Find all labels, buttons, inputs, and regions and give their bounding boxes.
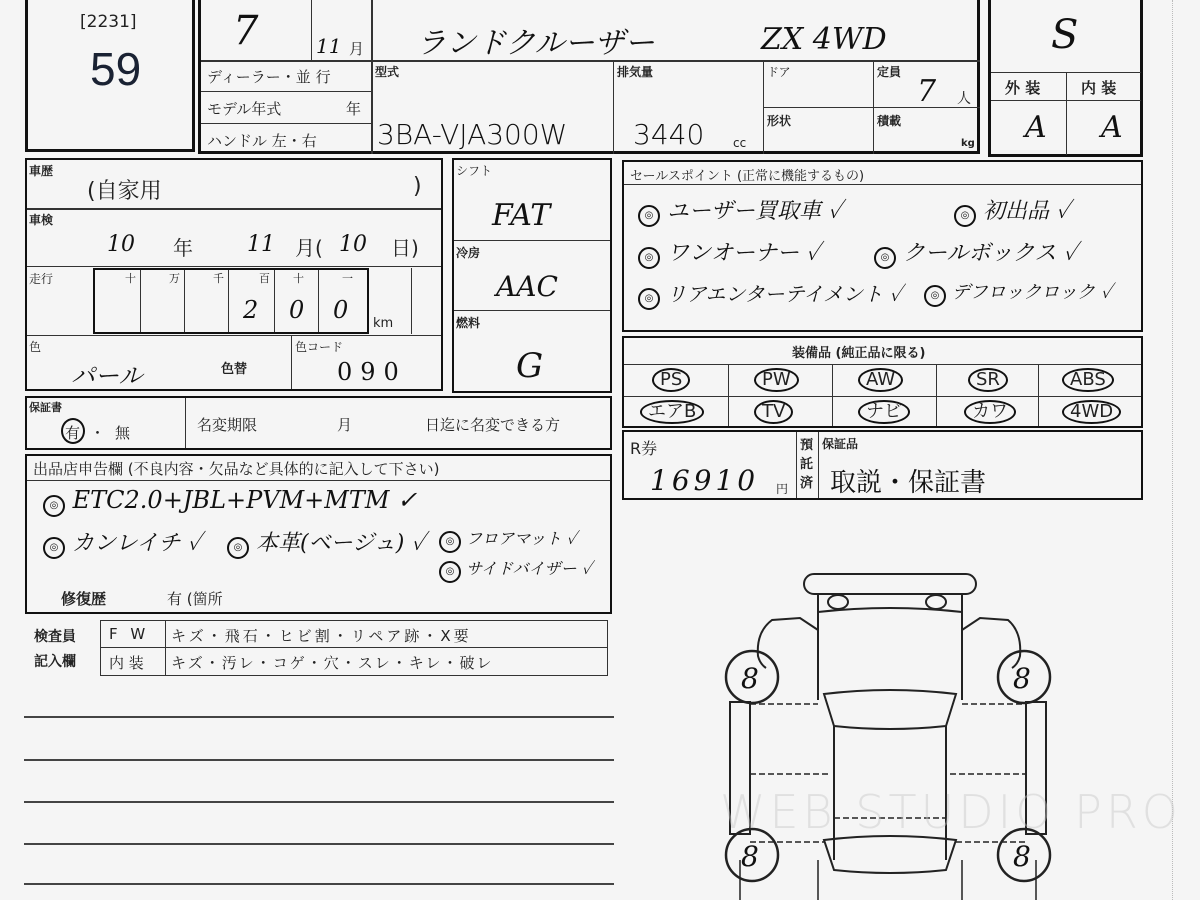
shift-value: FAT xyxy=(492,198,550,233)
equip-navi: ナビ xyxy=(858,400,910,424)
inspection-day: 10 xyxy=(339,232,367,257)
int-terms: キズ・汚レ・コゲ・穴・スレ・キレ・破レ xyxy=(171,652,494,673)
vehicle-history-box: 車歴 (自家用 ) 車検 10 年 11 月( 10 日) 走行 十 万 千 百… xyxy=(25,158,443,391)
vehicle-header: 7 11 月 ランドクルーザー ZX 4WD ディーラー・並 行 モデル年式 年… xyxy=(198,0,980,154)
right-edge-line xyxy=(1172,0,1173,900)
equip-pw: PW xyxy=(754,368,799,392)
fuel-value: G xyxy=(516,346,543,386)
sales-point-item: ◎ リアエンターテイメント ✓ xyxy=(638,278,902,310)
interior-label: 内 装 xyxy=(1081,77,1116,98)
sales-point-item: ◎ デフロックロック ✓ xyxy=(924,278,1112,307)
grade-box: S 外 装 内 装 A A xyxy=(988,0,1143,157)
door-label: ドア xyxy=(767,63,791,80)
usage-label: 車歴 xyxy=(29,162,53,179)
aircon-label: 冷房 xyxy=(456,244,480,261)
sales-point-item: ◎ ワンオーナー ✓ xyxy=(638,236,820,269)
model-year-label: モデル年式 xyxy=(207,98,281,119)
load-unit: kg xyxy=(961,138,975,149)
documents-label: 保証品 xyxy=(822,435,858,452)
displacement-label: 排気量 xyxy=(617,63,653,80)
dealer-label: ディーラー・並 行 xyxy=(207,66,331,87)
inspector-label-top: 検査員 xyxy=(34,626,76,646)
lot-box: [2231] 59 xyxy=(25,0,195,152)
warranty-box: 保証書 有・無 名変期限 月 日迄に名変できる方 xyxy=(25,396,612,450)
type-value: 3BA-VJA300W xyxy=(377,118,567,151)
equip-tv: TV xyxy=(754,400,793,424)
mileage-label: 走行 xyxy=(29,270,53,287)
sales-point-item: ◎ ユーザー買取車 ✓ xyxy=(638,194,842,227)
seller-note-line: ◎ フロアマット ✓ xyxy=(439,526,577,553)
month-value: 11 xyxy=(316,34,341,58)
equip-aw: AW xyxy=(858,368,903,392)
blank-line xyxy=(24,883,614,885)
watermark: WEB STUDIO PRO xyxy=(720,785,1182,839)
seller-note-line: ◎ 本革(ベージュ) ✓ xyxy=(227,526,425,559)
repair-history-label: 修復歴 xyxy=(61,588,106,609)
documents-value: 取説・保証書 xyxy=(830,462,986,499)
odometer-grid: 十 万 千 百2 十0 一0 xyxy=(93,268,369,334)
capacity-unit: 人 xyxy=(957,88,971,108)
capacity-label: 定員 xyxy=(877,63,901,80)
name-change-note: 日迄に名変できる方 xyxy=(425,414,560,435)
sales-points-box: セールスポイント (正常に機能するもの) ◎ ユーザー買取車 ✓ ◎ 初出品 ✓… xyxy=(622,160,1143,332)
interior-grade: A xyxy=(1101,110,1123,145)
deposit-label: 預託済 xyxy=(800,436,814,493)
sales-points-title: セールスポイント (正常に機能するもの) xyxy=(630,165,864,184)
inspection-label: 車検 xyxy=(29,211,53,228)
aircon-value: AAC xyxy=(496,270,558,303)
sales-point-item: ◎ 初出品 ✓ xyxy=(954,194,1070,227)
fw-terms: キズ・飛石・ヒビ割・リペア跡・X要 xyxy=(171,625,472,646)
equip-sr: SR xyxy=(968,368,1008,392)
grade-value: ZX 4WD xyxy=(761,22,887,57)
exterior-label: 外 装 xyxy=(1005,77,1040,98)
blank-line xyxy=(24,759,614,761)
displacement-value: 3440 xyxy=(633,118,704,151)
recycle-unit: 円 xyxy=(776,480,788,497)
capacity-value: 7 xyxy=(917,74,936,109)
tire-front-right: 8 xyxy=(1013,662,1031,695)
fuel-label: 燃料 xyxy=(456,314,480,331)
blank-line xyxy=(24,716,614,718)
month-unit: 月 xyxy=(349,38,364,59)
warranty-label: 保証書 xyxy=(29,399,62,415)
seller-notes-title: 出品店申告欄 (不良内容・欠品など具体的に記入して下さい) xyxy=(33,458,439,479)
tire-front-left: 8 xyxy=(741,662,759,695)
overall-score: S xyxy=(1051,12,1078,58)
seller-note-line: ◎ ETC2.0+JBL+PVM+MTM ✓ xyxy=(43,486,417,517)
name-change-month: 月 xyxy=(337,414,352,435)
tire-rear-right: 8 xyxy=(1013,840,1031,873)
blank-line xyxy=(24,801,614,803)
inspection-month: 11 xyxy=(247,232,275,257)
seller-note-line: ◎ サイドバイザー ✓ xyxy=(439,556,592,583)
recycle-box: R券 16910 円 預託済 保証品 取説・保証書 xyxy=(622,430,1143,500)
shift-label: シフト xyxy=(456,162,492,179)
load-label: 積載 xyxy=(877,112,901,129)
equipment-title: 装備品 (純正品に限る) xyxy=(792,342,925,361)
lot-ref: [2231] xyxy=(80,12,137,32)
fw-label: F W xyxy=(109,625,149,643)
exterior-grade: A xyxy=(1025,110,1047,145)
usage-value: (自家用 xyxy=(87,174,162,205)
color-code-value: 090 xyxy=(337,358,407,386)
seller-note-line: ◎ カンレイチ ✓ xyxy=(43,526,202,559)
inspection-day-unit: 日) xyxy=(391,232,419,261)
int-label: 内 装 xyxy=(109,652,144,673)
handle-label: ハンドル 左・右 xyxy=(207,130,317,151)
drivetrain-box: シフト FAT 冷房 AAC 燃料 G xyxy=(452,158,612,393)
blank-line xyxy=(24,843,614,845)
mileage-unit: km xyxy=(373,316,393,331)
usage-close: ) xyxy=(413,174,422,199)
color-tone-label: 色替 xyxy=(221,358,247,377)
inspector-label-bottom: 記入欄 xyxy=(34,651,76,671)
lot-number: 59 xyxy=(90,42,141,96)
equip-leather: カワ xyxy=(964,400,1016,424)
model-year-unit: 年 xyxy=(346,98,361,119)
warranty-selected-circle xyxy=(61,418,85,444)
equip-ps: PS xyxy=(652,368,690,392)
shape-label: 形状 xyxy=(767,112,791,129)
inspection-year-unit: 年 xyxy=(173,232,193,261)
displacement-unit: cc xyxy=(733,136,746,150)
odometer-digit: 0 xyxy=(333,296,348,324)
inspector-table: F W キズ・飛石・ヒビ割・リペア跡・X要 内 装 キズ・汚レ・コゲ・穴・スレ・… xyxy=(100,620,608,676)
inspection-year: 10 xyxy=(107,232,135,257)
name-change-label: 名変期限 xyxy=(197,414,257,435)
sales-point-item: ◎ クールボックス ✓ xyxy=(874,236,1078,269)
color-code-label: 色コード xyxy=(295,338,343,355)
repair-history-value: 有 (箇所 xyxy=(167,588,223,609)
equip-airbag: エアB xyxy=(640,400,704,424)
seller-notes-box: 出品店申告欄 (不良内容・欠品など具体的に記入して下さい) ◎ ETC2.0+J… xyxy=(25,454,612,614)
equip-abs: ABS xyxy=(1062,368,1114,392)
model-name: ランドクルーザー xyxy=(416,18,655,62)
color-label: 色 xyxy=(29,338,41,355)
car-diagram xyxy=(700,560,1100,900)
type-label: 型式 xyxy=(375,63,399,80)
equip-4wd: 4WD xyxy=(1062,400,1121,424)
inspection-month-unit: 月( xyxy=(295,232,323,261)
color-value: パール xyxy=(71,356,143,391)
tire-rear-left: 8 xyxy=(741,840,759,873)
recycle-value: 16910 xyxy=(650,464,759,497)
recycle-label: R券 xyxy=(630,436,657,459)
year-value: 7 xyxy=(233,8,258,54)
odometer-digit: 2 xyxy=(243,296,258,324)
equipment-box: 装備品 (純正品に限る) PS PW AW SR ABS エアB TV ナビ カ… xyxy=(622,336,1143,428)
odometer-digit: 0 xyxy=(289,296,304,324)
